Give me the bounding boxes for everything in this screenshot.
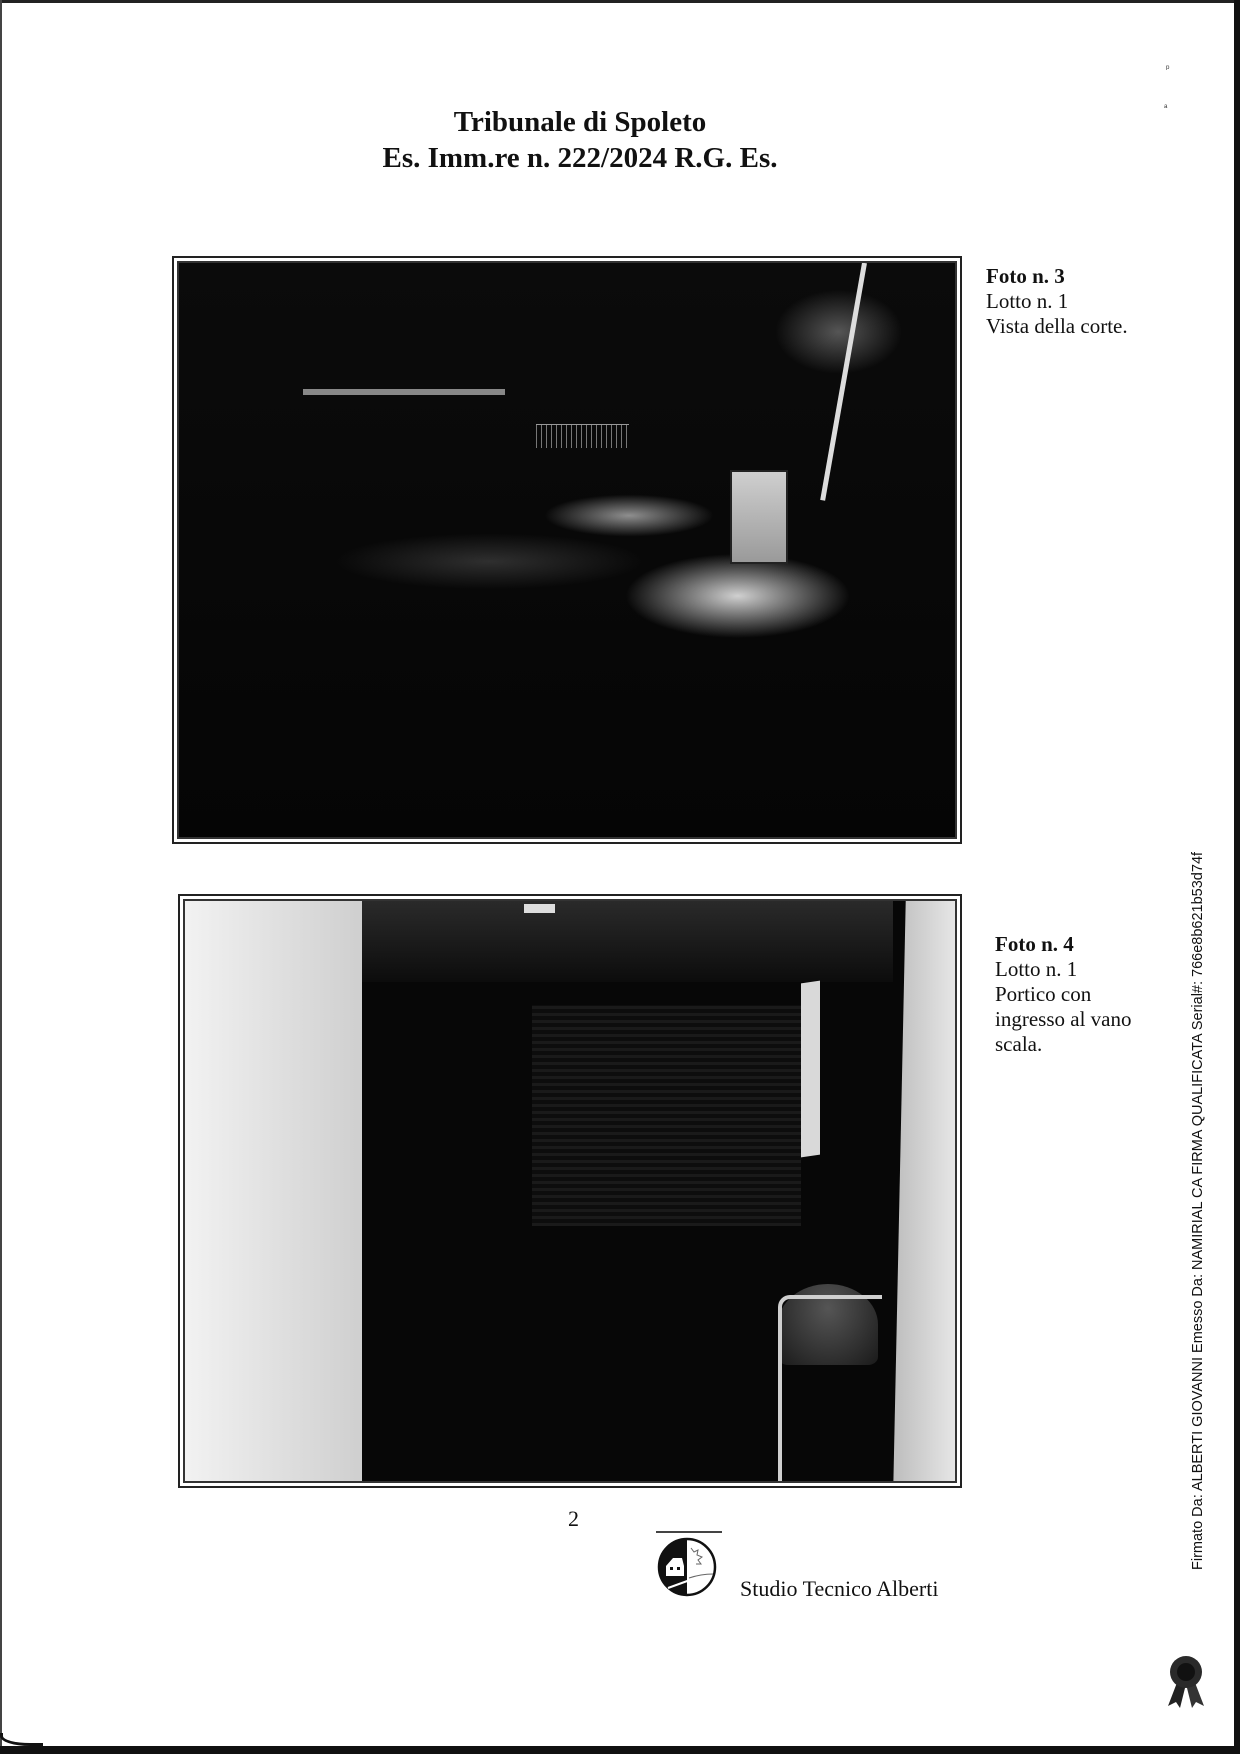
wall-right xyxy=(893,901,955,1481)
margin-mark: ᵃ xyxy=(1164,102,1167,112)
studio-logo-icon xyxy=(656,1536,718,1598)
photo-4-caption: Foto n. 4 Lotto n. 1 Portico con ingress… xyxy=(995,932,1165,1057)
waste-bin xyxy=(730,470,788,564)
photo-4-frame xyxy=(178,894,962,1488)
photo-4-lot: Lotto n. 1 xyxy=(995,957,1165,982)
photo-3-image xyxy=(177,261,957,839)
photo-3-lot: Lotto n. 1 xyxy=(986,289,1156,314)
studio-name: Studio Tecnico Alberti xyxy=(740,1576,938,1602)
photo-4-title: Foto n. 4 xyxy=(995,932,1165,957)
scan-edge-left xyxy=(0,0,2,1754)
document-header: Tribunale di Spoleto Es. Imm.re n. 222/2… xyxy=(300,104,860,176)
photo-3-description: Vista della corte. xyxy=(986,314,1156,339)
scan-edge-right xyxy=(1234,0,1240,1754)
page-number: 2 xyxy=(568,1506,579,1532)
footer-rule xyxy=(656,1531,722,1533)
photo-3-caption: Foto n. 3 Lotto n. 1 Vista della corte. xyxy=(986,264,1156,339)
case-reference: Es. Imm.re n. 222/2024 R.G. Es. xyxy=(300,140,860,176)
photo-4-description-line-2: ingresso al vano xyxy=(995,1007,1165,1032)
courtyard-scene xyxy=(179,263,955,837)
photo-4-description-line-3: scala. xyxy=(995,1032,1165,1057)
pole xyxy=(820,263,867,501)
brick-wall xyxy=(532,1005,802,1225)
ceiling-lamp xyxy=(524,904,555,913)
fence xyxy=(536,424,629,448)
scan-edge-curl xyxy=(0,1733,43,1746)
stacked-chairs xyxy=(778,1295,882,1483)
photo-3-title: Foto n. 3 xyxy=(986,264,1156,289)
court-name: Tribunale di Spoleto xyxy=(300,104,860,140)
photo-4-image xyxy=(183,899,957,1483)
margin-mark: ᵖ xyxy=(1166,63,1169,73)
photo-3-frame xyxy=(172,256,962,844)
scan-edge-bottom xyxy=(0,1746,1240,1754)
ceiling xyxy=(301,901,894,982)
stair-door xyxy=(801,981,820,1158)
digital-signature-text: Firmato Da: ALBERTI GIOVANNI Emesso Da: … xyxy=(1190,880,1212,1570)
scan-edge-top xyxy=(0,0,1240,3)
rosette-seal-icon xyxy=(1164,1654,1208,1710)
wall-left xyxy=(185,901,362,1481)
portico-scene xyxy=(185,901,955,1481)
photo-4-description-line-1: Portico con xyxy=(995,982,1165,1007)
shed-roof xyxy=(303,389,505,395)
